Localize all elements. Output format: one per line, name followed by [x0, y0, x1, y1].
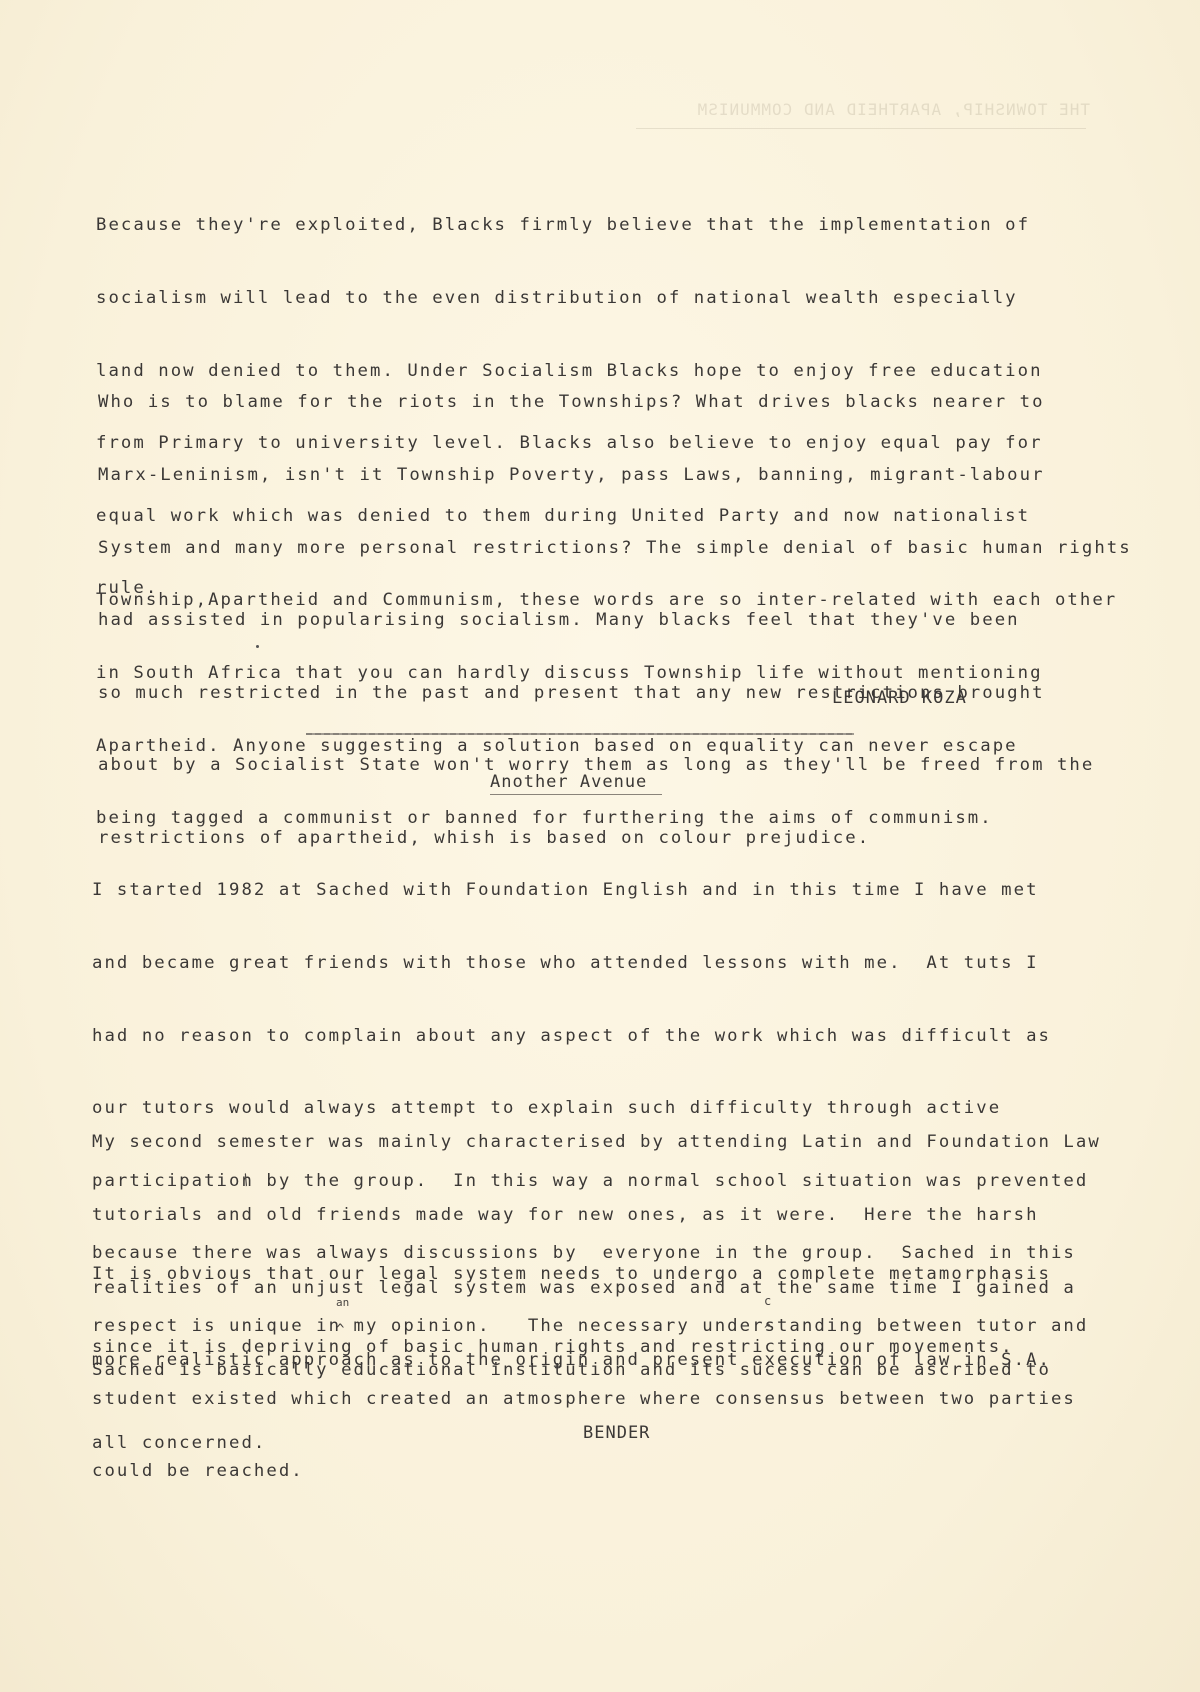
article1-paragraph-3: Township,Apartheid and Communism, these …: [96, 540, 1096, 879]
text-line: being tagged a communist or banned for f…: [96, 806, 1096, 830]
text-line: in South Africa that you can hardly disc…: [96, 661, 1096, 685]
article2-title: Another Avenue: [490, 772, 647, 792]
insertion-an-mark: an: [336, 1296, 349, 1309]
text-line: had no reason to complain about any aspe…: [92, 1024, 1092, 1048]
text-line: My second semester was mainly characteri…: [92, 1130, 1092, 1154]
text-line: Apartheid. Anyone suggesting a solution …: [96, 734, 1096, 758]
title-underline: [490, 794, 662, 795]
ink-speck: [256, 645, 259, 648]
insertion-caret: ^: [336, 1322, 344, 1338]
text-line: It is obvious that our legal system need…: [92, 1262, 1092, 1286]
text-line: Who is to blame for the riots in the Tow…: [98, 390, 1098, 414]
author-signature-2: BENDER: [583, 1423, 650, 1443]
bleed-through-underline: [636, 128, 1086, 129]
bleed-through-header: THE TOWNSHIP, APARTHEID AND COMMUNISM: [620, 100, 1090, 119]
section-divider: [306, 733, 854, 735]
insertion-caret-2: ^: [764, 1322, 772, 1338]
text-line: socialism will lead to the even distribu…: [96, 286, 1096, 310]
insertion-c-mark: c: [764, 1294, 771, 1308]
text-line: Sached is basically educational institut…: [92, 1358, 1092, 1382]
article2-paragraph-4: Sached is basically educational institut…: [92, 1310, 1092, 1504]
text-line: Township,Apartheid and Communism, these …: [96, 588, 1096, 612]
text-line: I started 1982 at Sached with Foundation…: [92, 878, 1092, 902]
text-line: Because they're exploited, Blacks firmly…: [96, 213, 1096, 237]
paper-page: THE TOWNSHIP, APARTHEID AND COMMUNISM Be…: [0, 0, 1200, 1692]
text-line: and became great friends with those who …: [92, 951, 1092, 975]
author-signature-1: LEONARD KOZA: [832, 688, 967, 708]
text-line: Marx-Leninism, isn't it Township Poverty…: [98, 463, 1098, 487]
